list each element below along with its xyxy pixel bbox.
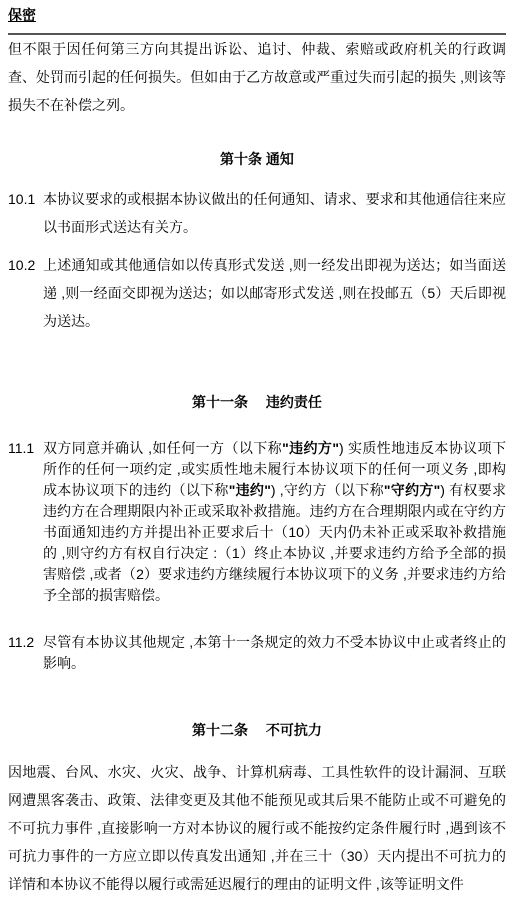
clause-text: 上述通知或其他通信如以传真形式发送 ,则一经发出即视为送达；如当面送递 ,则一经… xyxy=(43,251,506,335)
clause-text: 双方同意并确认 ,如任何一方（以下称"违约方") 实质性地违反本协议项下所作的任… xyxy=(43,438,506,606)
clause-text: 本协议要求的或根据本协议做出的任何通知、请求、要求和其他通信往来应以书面形式送达… xyxy=(43,185,506,241)
clause-number: 10.1 xyxy=(8,185,43,213)
clause-text: 尽管有本协议其他规定 ,本第十一条规定的效力不受本协议中止或者终止的影响。 xyxy=(43,632,506,674)
article-12-heading: 第十二条 不可抗力 xyxy=(8,716,506,744)
article-10-heading: 第十条 通知 xyxy=(8,145,506,173)
clause-10-1: 10.1 本协议要求的或根据本协议做出的任何通知、请求、要求和其他通信往来应以书… xyxy=(8,185,506,241)
clause-11-1: 11.1 双方同意并确认 ,如任何一方（以下称"违约方") 实质性地违反本协议项… xyxy=(8,438,506,606)
intro-paragraph: 但不限于因任何第三方向其提出诉讼、追讨、仲裁、索赔或政府机关的行政调查、处罚而引… xyxy=(8,35,506,119)
confidential-header: 保密 xyxy=(8,4,506,26)
clause-number: 11.2 xyxy=(8,632,43,653)
article-11-heading: 第十一条 违约责任 xyxy=(8,388,506,416)
clause-10-2: 10.2 上述通知或其他通信如以传真形式发送 ,则一经发出即视为送达；如当面送递… xyxy=(8,251,506,335)
force-majeure-paragraph: 因地震、台风、水灾、火灾、战争、计算机病毒、工具性软件的设计漏洞、互联网遭黑客袭… xyxy=(8,758,506,898)
document-page: 保密 但不限于因任何第三方向其提出诉讼、追讨、仲裁、索赔或政府机关的行政调查、处… xyxy=(0,0,514,900)
clause-11-2: 11.2 尽管有本协议其他规定 ,本第十一条规定的效力不受本协议中止或者终止的影… xyxy=(8,632,506,674)
clause-number: 11.1 xyxy=(8,438,43,459)
clause-number: 10.2 xyxy=(8,251,43,279)
